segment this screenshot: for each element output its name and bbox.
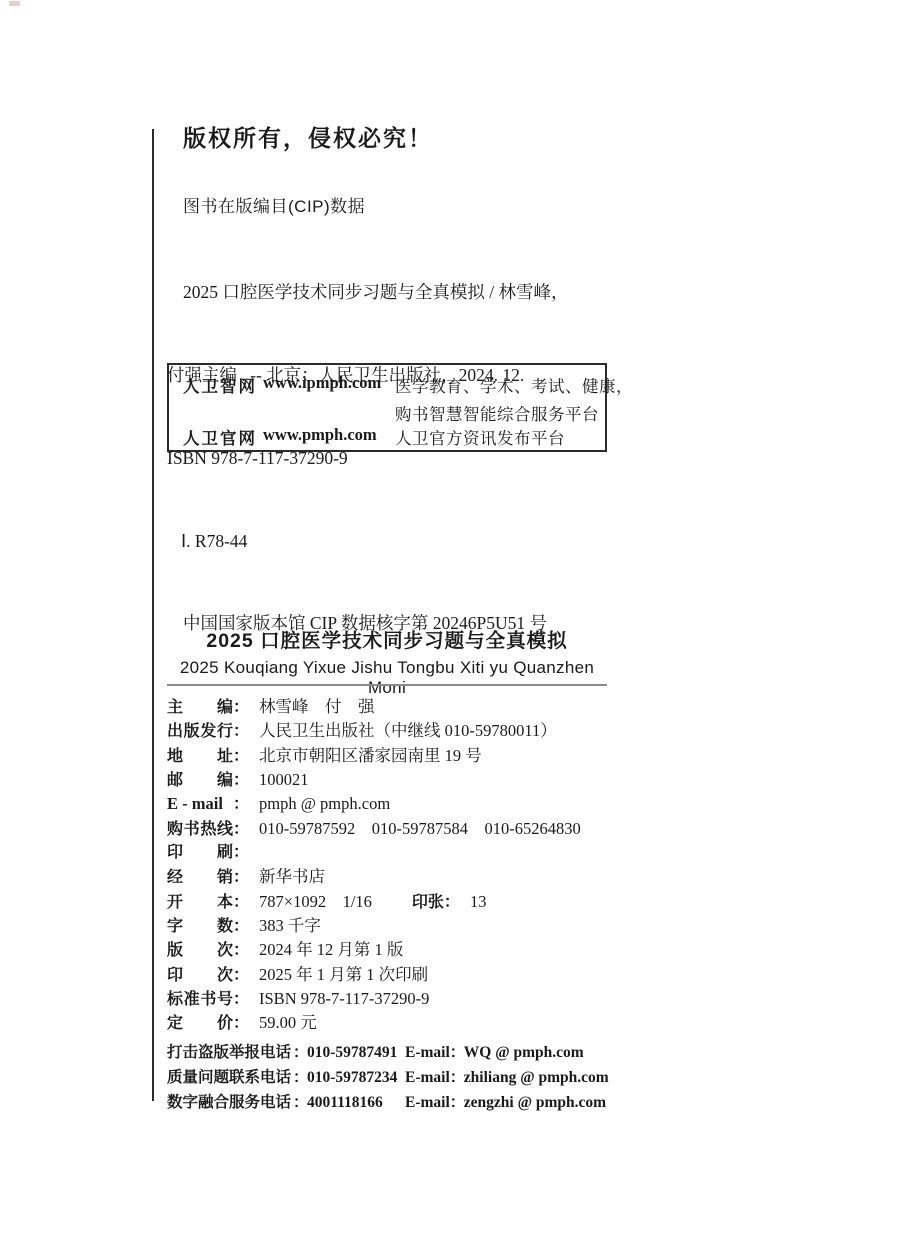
- hotline-phone: 010-59787234: [307, 1065, 405, 1090]
- email-label: E-mail: [405, 1065, 450, 1090]
- detail-value: 13: [470, 890, 487, 914]
- detail-colon: ：: [233, 866, 249, 890]
- detail-row: 版次：2024 年 12 月第 1 版: [167, 938, 581, 962]
- hotline-colon: ：: [450, 1090, 464, 1115]
- hotline-phone: 4001118166: [307, 1090, 405, 1115]
- hotline-row: 数字融合服务电话：4001118166E-mail：zengzhi @ pmph…: [167, 1090, 609, 1115]
- hotline-block: 打击盗版举报电话：010-59787491E-mail：WQ @ pmph.co…: [167, 1040, 609, 1115]
- publication-details: 主编：林雪峰 付 强 出版发行：人民卫生出版社（中继线 010-59780011…: [167, 695, 581, 1036]
- hotline-colon: ：: [293, 1090, 307, 1115]
- detail-row: 开本：787×1092 1/16印张：13: [167, 890, 581, 914]
- hotline-row: 打击盗版举报电话：010-59787491E-mail：WQ @ pmph.co…: [167, 1040, 609, 1065]
- detail-colon: ：: [444, 891, 460, 915]
- title-divider: [167, 684, 607, 686]
- detail-value: 383 千字: [259, 914, 321, 938]
- detail-colon: ：: [233, 891, 249, 915]
- detail-value: 100021: [259, 768, 309, 792]
- hotline-label: 数字融合服务电话: [167, 1090, 293, 1115]
- detail-colon: ：: [233, 841, 249, 865]
- detail-value: 新华书店: [259, 865, 325, 889]
- detail-row: 标准书号：ISBN 978-7-117-37290-9: [167, 987, 581, 1011]
- email-value: WQ @ pmph.com: [464, 1040, 584, 1065]
- site-description: 人卫官方资讯发布平台: [395, 425, 565, 449]
- detail-value: 2025 年 1 月第 1 次印刷: [259, 963, 428, 987]
- detail-label: E - mail: [167, 792, 233, 816]
- detail-value: 北京市朝阳区潘家园南里 19 号: [259, 744, 482, 768]
- hotline-colon: ：: [293, 1040, 307, 1065]
- cip-line: Ⅰ. R78-44: [167, 528, 627, 556]
- cip-heading: 图书在版编目(CIP)数据: [183, 192, 365, 217]
- detail-row: 邮编：100021: [167, 768, 581, 792]
- site-url: www.ipmph.com: [263, 373, 381, 393]
- publisher-service-box: 人卫智网 www.ipmph.com 医学教育、学术、考试、健康， 购书智慧智能…: [167, 363, 607, 452]
- site-url: www.pmph.com: [263, 425, 377, 445]
- book-title-zh: 2025 口腔医学技术同步习题与全真模拟: [167, 625, 607, 653]
- detail-label: 标准书号: [167, 988, 233, 1012]
- detail-row: 购书热线：010-59787592 010-59787584 010-65264…: [167, 817, 581, 841]
- hotline-phone: 010-59787491: [307, 1040, 405, 1065]
- detail-label: 开本: [167, 891, 233, 915]
- detail-row: 地址：北京市朝阳区潘家园南里 19 号: [167, 744, 581, 768]
- detail-row: 定价：59.00 元: [167, 1011, 581, 1035]
- detail-value: 010-59787592 010-59787584 010-65264830: [259, 817, 581, 841]
- detail-colon: ：: [233, 818, 249, 842]
- detail-row: 经销：新华书店: [167, 865, 581, 889]
- detail-value: 787×1092 1/16: [259, 890, 372, 914]
- detail-value: 2024 年 12 月第 1 版: [259, 938, 403, 962]
- detail-label: 定价: [167, 1012, 233, 1036]
- detail-colon: ：: [233, 915, 249, 939]
- detail-value: pmph @ pmph.com: [259, 792, 390, 816]
- email-label: E-mail: [405, 1090, 450, 1115]
- detail-colon: ：: [233, 720, 249, 744]
- detail-label: 经销: [167, 866, 233, 890]
- detail-label: 出版发行: [167, 720, 233, 744]
- detail-row: E - mail：pmph @ pmph.com: [167, 792, 581, 816]
- hotline-colon: ：: [450, 1065, 464, 1090]
- detail-value: 59.00 元: [259, 1011, 317, 1035]
- detail-label: 字数: [167, 915, 233, 939]
- site-description: 购书智慧智能综合服务平台: [395, 401, 599, 425]
- book-title-block: 2025 口腔医学技术同步习题与全真模拟 2025 Kouqiang Yixue…: [167, 625, 607, 698]
- detail-row: 印次：2025 年 1 月第 1 次印刷: [167, 963, 581, 987]
- left-border-line: [152, 129, 154, 1101]
- detail-label: 主编: [167, 696, 233, 720]
- hotline-row: 质量问题联系电话：010-59787234E-mail：zhiliang @ p…: [167, 1065, 609, 1090]
- detail-colon: ：: [233, 988, 249, 1012]
- detail-value: 人民卫生出版社（中继线 010-59780011）: [259, 719, 557, 743]
- detail-label: 印刷: [167, 841, 233, 865]
- site-name: 人卫官网: [183, 425, 257, 449]
- detail-label: 印次: [167, 964, 233, 988]
- site-description: 医学教育、学术、考试、健康，: [395, 373, 633, 397]
- cip-line: 2025 口腔医学技术同步习题与全真模拟 / 林雪峰，: [167, 279, 627, 307]
- detail-colon: ：: [233, 939, 249, 963]
- book-title-pinyin: 2025 Kouqiang Yixue Jishu Tongbu Xiti yu…: [167, 658, 607, 698]
- detail-colon: ：: [233, 1012, 249, 1036]
- detail-value: 林雪峰 付 强: [259, 695, 375, 719]
- site-name: 人卫智网: [183, 373, 257, 397]
- detail-row: 印刷：: [167, 841, 581, 865]
- detail-row: 出版发行：人民卫生出版社（中继线 010-59780011）: [167, 719, 581, 743]
- email-value: zhiliang @ pmph.com: [464, 1065, 609, 1090]
- detail-colon: ：: [233, 696, 249, 720]
- detail-colon: ：: [233, 964, 249, 988]
- detail-label: 地址: [167, 745, 233, 769]
- hotline-label: 质量问题联系电话: [167, 1065, 293, 1090]
- detail-row: 主编：林雪峰 付 强: [167, 695, 581, 719]
- detail-sublabel: 印张: [412, 891, 444, 915]
- email-label: E-mail: [405, 1040, 450, 1065]
- detail-row: 字数：383 千字: [167, 914, 581, 938]
- hotline-label: 打击盗版举报电话: [167, 1040, 293, 1065]
- copyright-notice: 版权所有，侵权必究！: [183, 120, 433, 153]
- detail-label: 购书热线: [167, 818, 233, 842]
- detail-label: 版次: [167, 939, 233, 963]
- hotline-colon: ：: [450, 1040, 464, 1065]
- detail-value: ISBN 978-7-117-37290-9: [259, 987, 429, 1011]
- copyright-page: 版权所有，侵权必究！ 图书在版编目(CIP)数据 2025 口腔医学技术同步习题…: [0, 0, 900, 1234]
- detail-colon: ：: [233, 745, 249, 769]
- detail-label: 邮编: [167, 769, 233, 793]
- hotline-colon: ：: [293, 1065, 307, 1090]
- detail-colon: ：: [233, 793, 249, 817]
- email-value: zengzhi @ pmph.com: [464, 1090, 606, 1115]
- cip-paragraph: 2025 口腔医学技术同步习题与全真模拟 / 林雪峰， 付强主编 . -- 北京…: [167, 224, 627, 693]
- scan-artifact: [9, 1, 20, 6]
- detail-colon: ：: [233, 769, 249, 793]
